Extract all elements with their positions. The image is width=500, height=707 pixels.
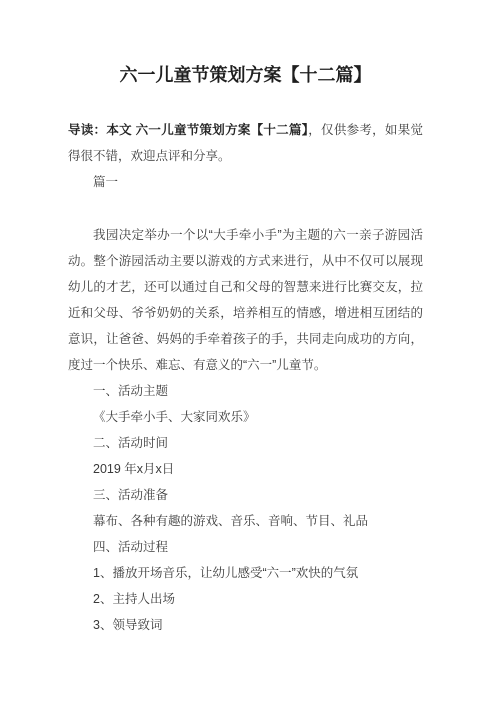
intro-paragraph: 导读：本文 六一儿童节策划方案【十二篇】，仅供参考，如果觉得很不错，欢迎点评和分… (68, 117, 423, 169)
doc-paragraph-date: 2019 年x月x日 (68, 456, 423, 482)
doc-heading-activity-preparation: 三、活动准备 (68, 482, 423, 508)
doc-list-item-2: 2、主持人出场 (68, 586, 423, 612)
document-title: 六一儿童节策划方案【十二篇】 (68, 60, 423, 90)
document-page: 六一儿童节策划方案【十二篇】 导读：本文 六一儿童节策划方案【十二篇】，仅供参考… (0, 0, 500, 707)
doc-heading-activity-time: 二、活动时间 (68, 430, 423, 456)
doc-paragraph-body: 我园决定举办一个以“大手牵小手”为主题的六一亲子游园活动。整个游园活动主要以游戏… (68, 222, 423, 378)
doc-paragraph-preparation-items: 幕布、各种有趣的游戏、音乐、音响、节目、礼品 (68, 508, 423, 534)
doc-heading-activity-process: 四、活动过程 (68, 534, 423, 560)
doc-list-item-3: 3、领导致词 (68, 612, 423, 638)
doc-paragraph-theme-name: 《大手牵小手、大家同欢乐》 (68, 404, 423, 430)
section-label: 篇一 (68, 169, 423, 195)
intro-lead-label: 导读：本文 (68, 123, 136, 137)
doc-heading-activity-theme: 一、活动主题 (68, 378, 423, 404)
doc-list-item-1: 1、播放开场音乐，让幼儿感受“六一”欢快的气氛 (68, 560, 423, 586)
intro-title-reference: 六一儿童节策划方案【十二篇】 (136, 123, 309, 137)
